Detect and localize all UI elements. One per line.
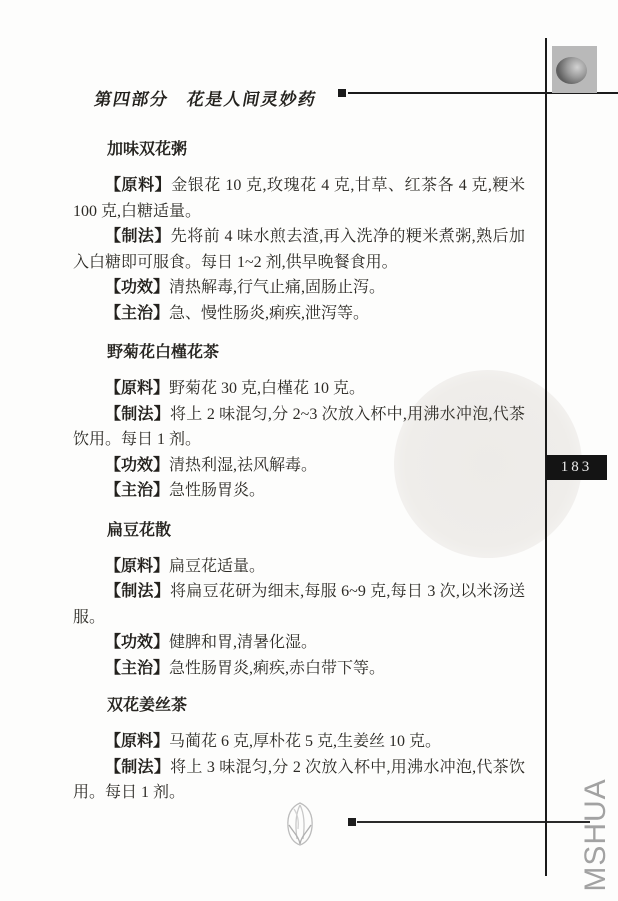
paragraph-text: 急性肠胃炎,痢疾,赤白带下等。 <box>169 660 385 677</box>
recipe-paragraph: 【主治】急性肠胃炎,痢疾,赤白带下等。 <box>73 656 525 682</box>
pebble-photo <box>552 46 597 93</box>
recipe-section: 野菊花白槿花茶 【原料】野菊花 30 克,白槿花 10 克。 【制法】将上 2 … <box>73 342 525 504</box>
recipe-section: 扁豆花散 【原料】扁豆花适量。 【制法】将扁豆花研为细末,每服 6~9 克,每日… <box>73 520 525 682</box>
paragraph-text: 急、慢性肠炎,痢疾,泄泻等。 <box>169 305 369 322</box>
pebble-icon <box>556 57 587 84</box>
paragraph-label: 【功效】 <box>105 457 169 474</box>
paragraph-label: 【制法】 <box>105 759 170 776</box>
paragraph-label: 【原料】 <box>105 380 169 397</box>
recipe-paragraph: 【制法】将上 2 味混匀,分 2~3 次放入杯中,用沸水冲泡,代茶饮用。每日 1… <box>73 402 525 453</box>
book-page: 第四部分 花是人间灵妙药 183 加味双花粥 【原料】金银花 10 克,玫瑰花 … <box>0 0 618 901</box>
recipe-paragraph: 【主治】急性肠胃炎。 <box>73 478 525 504</box>
chapter-title: 第四部分 花是人间灵妙药 <box>93 85 319 110</box>
recipe-section: 双花姜丝茶 【原料】马蔺花 6 克,厚朴花 5 克,生姜丝 10 克。 【制法】… <box>73 695 525 806</box>
page-content: 加味双花粥 【原料】金银花 10 克,玫瑰花 4 克,甘草、红茶各 4 克,粳米… <box>73 139 525 806</box>
paragraph-label: 【主治】 <box>105 660 169 677</box>
recipe-paragraph: 【功效】清热解毒,行气止痛,固肠止泻。 <box>73 275 525 301</box>
paragraph-text: 清热利湿,祛风解毒。 <box>169 457 317 474</box>
square-bullet-icon <box>338 89 346 97</box>
paragraph-text: 健脾和胃,清暑化湿。 <box>169 634 317 651</box>
paragraph-label: 【主治】 <box>105 482 169 499</box>
paragraph-label: 【原料】 <box>105 177 171 194</box>
page-number-badge: 183 <box>546 455 607 480</box>
recipe-title: 扁豆花散 <box>107 520 525 542</box>
recipe-paragraph: 【原料】野菊花 30 克,白槿花 10 克。 <box>73 376 525 402</box>
paragraph-text: 马蔺花 6 克,厚朴花 5 克,生姜丝 10 克。 <box>169 733 441 750</box>
recipe-paragraph: 【制法】将上 3 味混匀,分 2 次放入杯中,用沸水冲泡,代茶饮用。每日 1 剂… <box>73 755 525 806</box>
paragraph-text: 清热解毒,行气止痛,固肠止泻。 <box>169 279 385 296</box>
watermark-text: MSHUA <box>576 775 616 895</box>
recipe-paragraph: 【原料】马蔺花 6 克,厚朴花 5 克,生姜丝 10 克。 <box>73 729 525 755</box>
recipe-paragraph: 【原料】扁豆花适量。 <box>73 554 525 580</box>
paragraph-label: 【制法】 <box>105 583 170 600</box>
recipe-paragraph: 【功效】健脾和胃,清暑化湿。 <box>73 630 525 656</box>
recipe-paragraph: 【原料】金银花 10 克,玫瑰花 4 克,甘草、红茶各 4 克,粳米 100 克… <box>73 173 525 224</box>
paragraph-text: 扁豆花适量。 <box>169 558 265 575</box>
paragraph-label: 【功效】 <box>105 279 169 296</box>
square-bullet-icon <box>348 818 356 826</box>
recipe-section: 加味双花粥 【原料】金银花 10 克,玫瑰花 4 克,甘草、红茶各 4 克,粳米… <box>73 139 525 326</box>
paragraph-label: 【制法】 <box>105 406 170 423</box>
recipe-paragraph: 【制法】先将前 4 味水煎去渣,再入洗净的粳米煮粥,熟后加入白糖即可服食。每日 … <box>73 224 525 275</box>
flower-sketch-icon <box>281 799 319 854</box>
paragraph-label: 【主治】 <box>105 305 169 322</box>
paragraph-label: 【功效】 <box>105 634 169 651</box>
paragraph-text: 野菊花 30 克,白槿花 10 克。 <box>169 380 365 397</box>
paragraph-text: 急性肠胃炎。 <box>169 482 265 499</box>
paragraph-label: 【原料】 <box>105 733 169 750</box>
recipe-paragraph: 【功效】清热利湿,祛风解毒。 <box>73 453 525 479</box>
paragraph-label: 【原料】 <box>105 558 169 575</box>
recipe-paragraph: 【主治】急、慢性肠炎,痢疾,泄泻等。 <box>73 301 525 327</box>
recipe-title: 野菊花白槿花茶 <box>107 342 525 364</box>
recipe-title: 加味双花粥 <box>107 139 525 161</box>
recipe-paragraph: 【制法】将扁豆花研为细末,每服 6~9 克,每日 3 次,以米汤送服。 <box>73 579 525 630</box>
footer-rule <box>357 821 590 823</box>
paragraph-label: 【制法】 <box>105 228 171 245</box>
recipe-title: 双花姜丝茶 <box>107 695 525 717</box>
